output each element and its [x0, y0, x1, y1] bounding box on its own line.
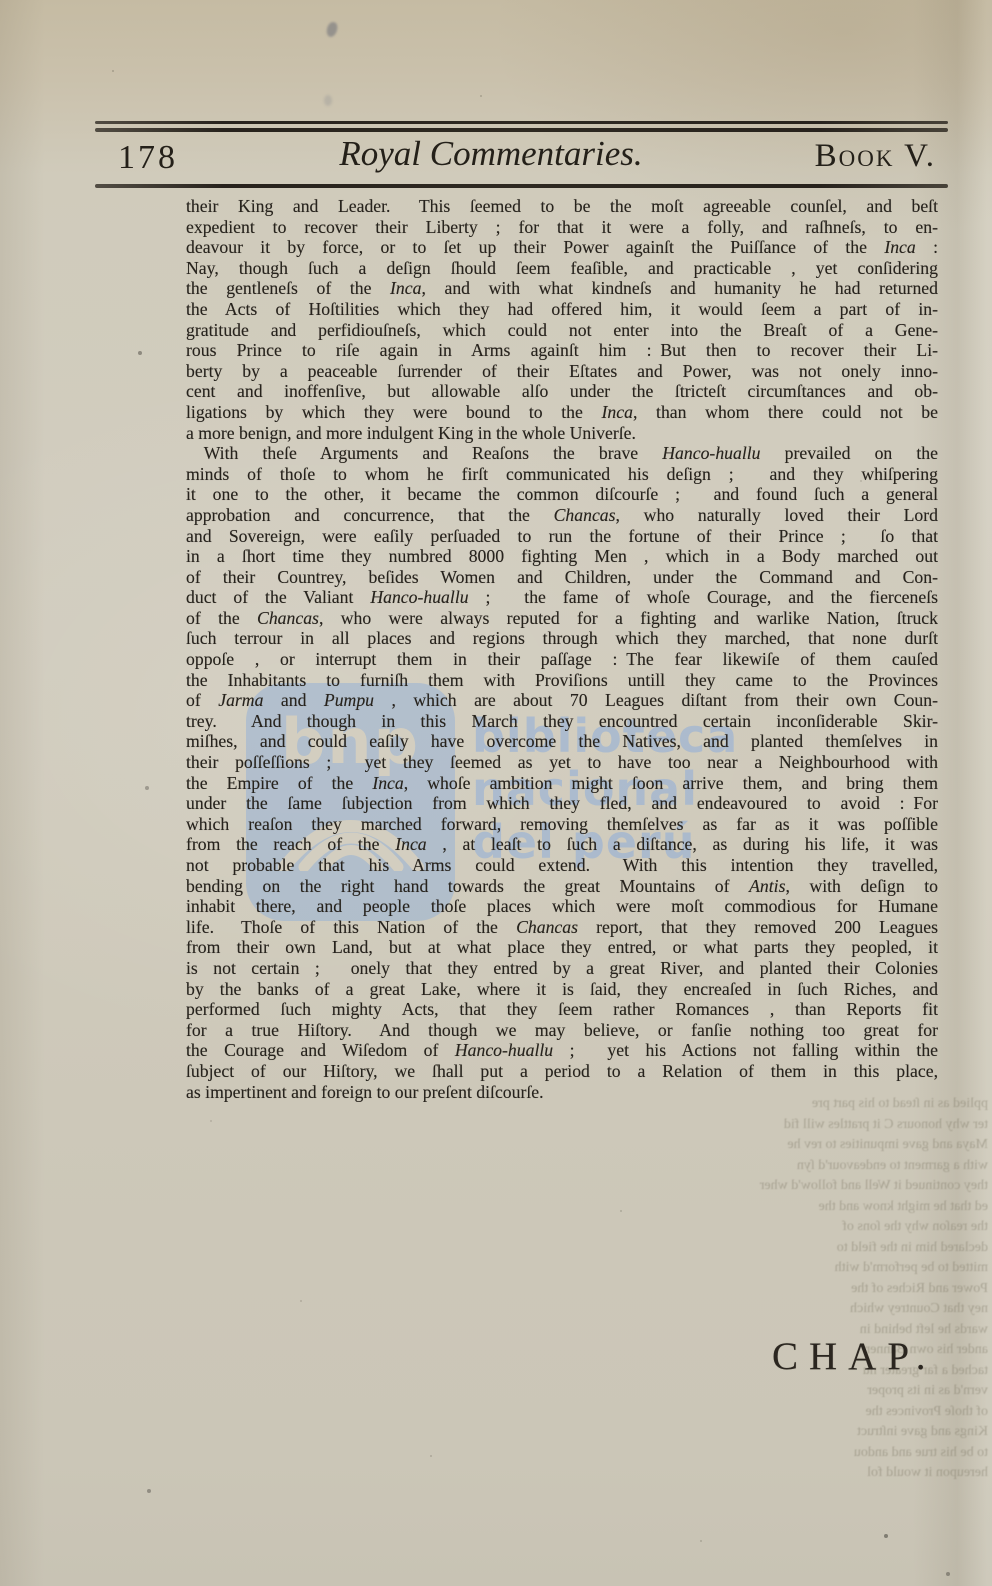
- body-text: their King and Leader. This ſeemed to be…: [186, 196, 938, 1102]
- body-line: gratitude and perfidiouſneſs, which coul…: [186, 320, 938, 341]
- body-line: and Sovereign, were eaſily perſuaded to …: [186, 526, 938, 547]
- bleedthrough-line: hereupon it would fol: [606, 1463, 988, 1484]
- body-line: With theſe Arguments and Reaſons the bra…: [186, 443, 938, 464]
- bleedthrough-line: ney that Countrey which: [606, 1299, 988, 1320]
- bleedthrough-line: vern'd as in its proper: [606, 1381, 988, 1402]
- body-line: ſubject of our Hiſtory, we ſhall put a p…: [186, 1061, 938, 1082]
- bleedthrough-line: Power and Riches of the: [606, 1279, 988, 1300]
- body-line: duct of the Valiant Hanco-huallu ; the f…: [186, 587, 938, 608]
- bleedthrough-line: Maya and gave impunities to rev he: [606, 1135, 988, 1156]
- body-line: for a true Hiſtory. And though we may be…: [186, 1020, 938, 1041]
- body-line: trey. And though in this March they enco…: [186, 711, 938, 732]
- body-line: the gentleneſs of the Inca, and with wha…: [186, 278, 938, 299]
- bleedthrough-line: Kings and gave inſtruct: [606, 1422, 988, 1443]
- body-line: from their own Land, but at what place t…: [186, 937, 938, 958]
- bleedthrough-line: mitted to be perform'd with: [606, 1258, 988, 1279]
- ink-smudge: [326, 21, 339, 38]
- bleedthrough-line: to be his true and andou: [606, 1443, 988, 1464]
- body-line: expedient to recover their Liberty ; for…: [186, 217, 938, 238]
- body-line: ſuch terrour in all places and regions t…: [186, 628, 938, 649]
- body-line: rous Prince to riſe again in Arms againſ…: [186, 340, 938, 361]
- bleedthrough-line: ed that he might know and the: [606, 1197, 988, 1218]
- book-page-scan: bnp bibliotecanacionaldel perú pplied as…: [0, 0, 992, 1586]
- bleedthrough-line: they continued it Well and follow'd wher: [606, 1176, 988, 1197]
- body-line: of their Countrey, beſides Women and Chi…: [186, 567, 938, 588]
- body-line: which reaſon they marched forward, remov…: [186, 814, 938, 835]
- body-line: the Courage and Wiſedom of Hanco-huallu …: [186, 1040, 938, 1061]
- body-line: Nay, though ſuch a deſign ſhould ſeem fe…: [186, 258, 938, 279]
- body-line: the Acts of Hoſtilities which they had o…: [186, 299, 938, 320]
- body-line: performed ſuch mighty Acts, that they ſe…: [186, 999, 938, 1020]
- body-line: by the banks of a great Lake, where it i…: [186, 979, 938, 1000]
- catchword: CHAP.: [772, 1334, 936, 1379]
- bleedthrough-line: the reaſon why the ſons of: [606, 1217, 988, 1238]
- body-line: the Inhabitants to furniſh them with Pro…: [186, 670, 938, 691]
- body-line: miſhes, and could eaſily have overcome t…: [186, 731, 938, 752]
- body-line: approbation and concurrence, that the Ch…: [186, 505, 938, 526]
- body-line: is not certain ; onely that they entred …: [186, 958, 938, 979]
- body-line: deavour it by force, or to ſet up their …: [186, 237, 938, 258]
- bleedthrough-text: pplied as in ſtead to his part preter wh…: [606, 1094, 988, 1484]
- body-line: as impertinent and foreign to our preſen…: [186, 1082, 938, 1103]
- header-rule-top-thin: [95, 121, 948, 124]
- body-line: not probable that his Arms could extend.…: [186, 855, 938, 876]
- body-line: ligations by which they were bound to th…: [186, 402, 938, 423]
- bleedthrough-line: declared him in the field to: [606, 1238, 988, 1259]
- paper-specks: [0, 0, 2, 2]
- body-line: of Jarma and Pumpu , which are about 70 …: [186, 690, 938, 711]
- body-line: oppoſe , or interrupt them in their paſſ…: [186, 649, 938, 670]
- body-line: under the ſame ſubjection from which the…: [186, 793, 938, 814]
- bleedthrough-line: with a garment to endeavour'd ſyn: [606, 1156, 988, 1177]
- body-line: bending on the right hand towards the gr…: [186, 876, 938, 897]
- ink-smudge-faint: [324, 95, 332, 106]
- body-line: a more benign, and more indulgent King i…: [186, 423, 938, 444]
- body-line: cent and inoffenſive, but allowable alſo…: [186, 381, 938, 402]
- body-line: of the Chancas, who were always reputed …: [186, 608, 938, 629]
- body-line: from the reach of the Inca , at leaſt to…: [186, 834, 938, 855]
- body-line: the Empire of the Inca, whoſe ambition m…: [186, 773, 938, 794]
- body-line: minds of thoſe to whom he firſt communic…: [186, 464, 938, 485]
- bleedthrough-line: ter why honours C it prattles will fid: [606, 1115, 988, 1136]
- body-line: it one to the other, it became the commo…: [186, 484, 938, 505]
- body-line: life. Thoſe of this Nation of the Chanca…: [186, 917, 938, 938]
- body-line: their King and Leader. This ſeemed to be…: [186, 196, 938, 217]
- body-line: inhabit there, and people thoſe places w…: [186, 896, 938, 917]
- body-line: berty by a peaceable ſurrender of their …: [186, 361, 938, 382]
- book-label: Book V.: [815, 138, 936, 175]
- bleedthrough-line: of thoſe Provinces the: [606, 1402, 988, 1423]
- body-line: in a ſhort time they numbred 8000 fighti…: [186, 546, 938, 567]
- header-rule-bottom: [95, 184, 948, 188]
- body-line: their poſſeſſions ; yet they ſeemed as y…: [186, 752, 938, 773]
- header-rule-top-thick: [95, 128, 948, 132]
